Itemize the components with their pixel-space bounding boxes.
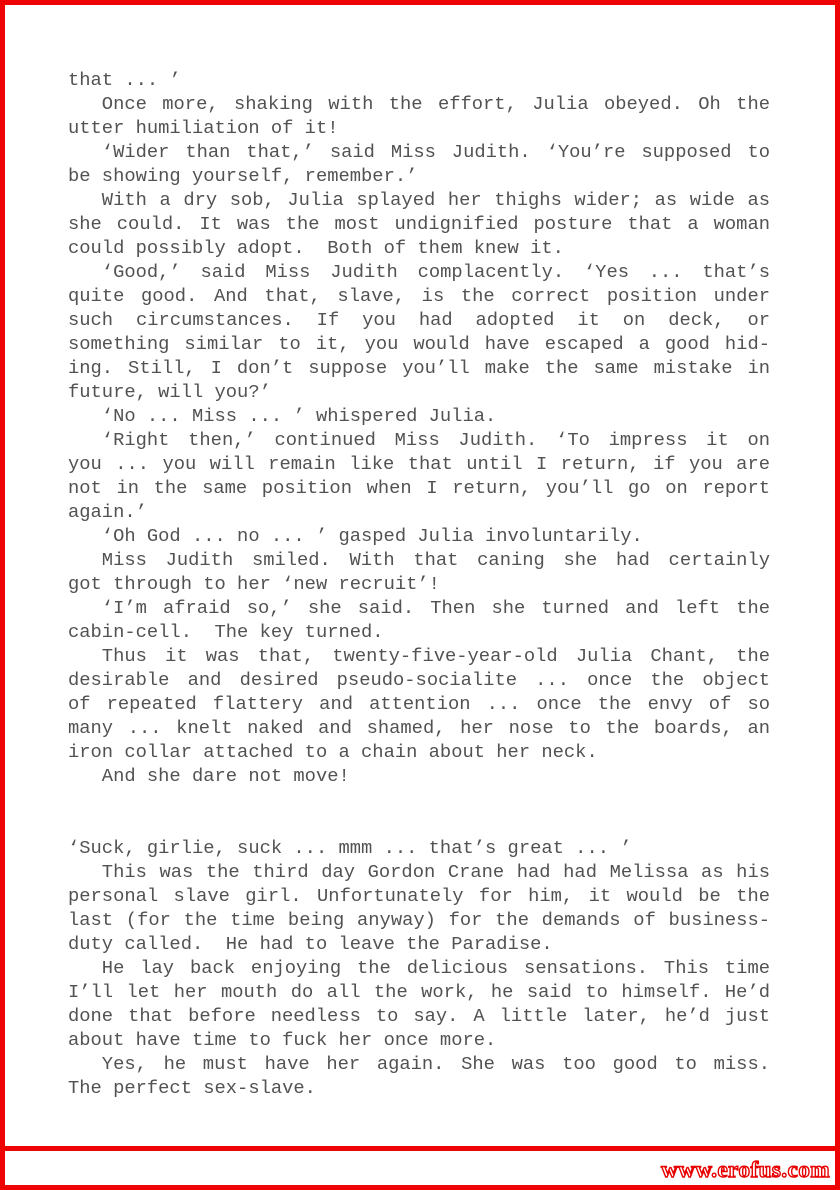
text-line: be showing yourself, remember.’ bbox=[68, 164, 770, 188]
text-line: ‘No ... Miss ... ’ whispered Julia. bbox=[68, 404, 770, 428]
text-line: got through to her ‘new recruit’! bbox=[68, 572, 770, 596]
text-line: last (for the time being anyway) for the… bbox=[68, 908, 770, 932]
text-line: ‘I’m afraid so,’ she said. Then she turn… bbox=[68, 596, 770, 620]
text-line: personal slave girl. Unfortunately for h… bbox=[68, 884, 770, 908]
text-line: ‘Right then,’ continued Miss Judith. ‘To… bbox=[68, 428, 770, 452]
text-line: about have time to fuck her once more. bbox=[68, 1028, 770, 1052]
page-text: that ... ’Once more, shaking with the ef… bbox=[68, 68, 770, 1100]
text-line: you ... you will remain like that until … bbox=[68, 452, 770, 476]
text-line: Once more, shaking with the effort, Juli… bbox=[68, 92, 770, 116]
text-line: many ... knelt naked and shamed, her nos… bbox=[68, 716, 770, 740]
footer-divider bbox=[0, 1146, 840, 1151]
text-line: future, will you?’ bbox=[68, 380, 770, 404]
text-line: Miss Judith smiled. With that caning she… bbox=[68, 548, 770, 572]
text-line: I’ll let her mouth do all the work, he s… bbox=[68, 980, 770, 1004]
text-line: ‘Wider than that,’ said Miss Judith. ‘Yo… bbox=[68, 140, 770, 164]
text-line: could possibly adopt. Both of them knew … bbox=[68, 236, 770, 260]
text-line: quite good. And that, slave, is the corr… bbox=[68, 284, 770, 308]
text-line: utter humiliation of it! bbox=[68, 116, 770, 140]
text-line: ‘Oh God ... no ... ’ gasped Julia involu… bbox=[68, 524, 770, 548]
text-line: ing. Still, I don’t suppose you’ll make … bbox=[68, 356, 770, 380]
text-line: desirable and desired pseudo-socialite .… bbox=[68, 668, 770, 692]
text-line: With a dry sob, Julia splayed her thighs… bbox=[68, 188, 770, 212]
text-line: iron collar attached to a chain about he… bbox=[68, 740, 770, 764]
text-line: Thus it was that, twenty-five-year-old J… bbox=[68, 644, 770, 668]
text-line: something similar to it, you would have … bbox=[68, 332, 770, 356]
text-line: He lay back enjoying the delicious sensa… bbox=[68, 956, 770, 980]
text-line: And she dare not move! bbox=[68, 764, 770, 788]
text-line: The perfect sex-slave. bbox=[68, 1076, 770, 1100]
text-line: that ... ’ bbox=[68, 68, 770, 92]
text-line: done that before needless to say. A litt… bbox=[68, 1004, 770, 1028]
text-line: such circumstances. If you had adopted i… bbox=[68, 308, 770, 332]
text-line: duty called. He had to leave the Paradis… bbox=[68, 932, 770, 956]
text-line: she could. It was the most undignified p… bbox=[68, 212, 770, 236]
text-line: ‘Suck, girlie, suck ... mmm ... that’s g… bbox=[68, 836, 770, 860]
watermark-text: www.erofus.com bbox=[661, 1157, 830, 1183]
text-line: cabin-cell. The key turned. bbox=[68, 620, 770, 644]
text-line: This was the third day Gordon Crane had … bbox=[68, 860, 770, 884]
text-line: ‘Good,’ said Miss Judith complacently. ‘… bbox=[68, 260, 770, 284]
scanned-page: that ... ’Once more, shaking with the ef… bbox=[0, 0, 840, 1190]
text-line: Yes, he must have her again. She was too… bbox=[68, 1052, 770, 1076]
text-line: of repeated flattery and attention ... o… bbox=[68, 692, 770, 716]
text-line: not in the same position when I return, … bbox=[68, 476, 770, 500]
text-line: again.’ bbox=[68, 500, 770, 524]
